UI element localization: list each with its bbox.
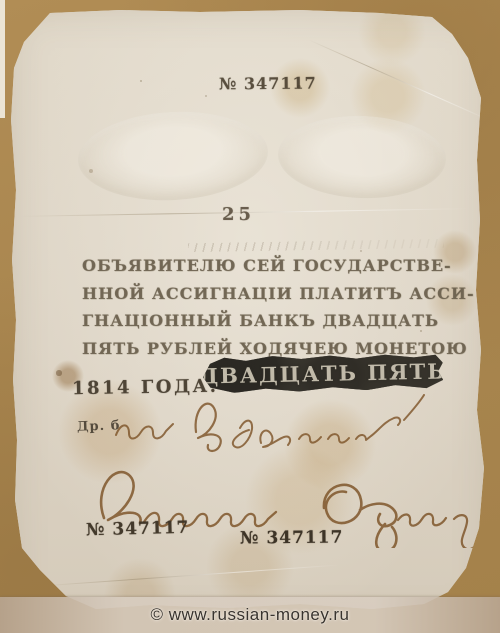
embossed-oval-left (76, 107, 270, 205)
obligation-text: ОБЪЯВИТЕЛЮ СЕЙ ГОСУДАРСТВЕ- ННОЙ АССИГНА… (82, 252, 432, 362)
cashier-signature (112, 388, 442, 458)
denomination-stamp-text: ДВАДЦАТЬ ПЯТЬ (199, 358, 447, 388)
photo-of-banknote: № 347117 25 ОБЪЯВИТЕЛЮ СЕЙ ГОСУДАРСТВЕ- … (0, 0, 500, 633)
obligation-text-line: ННОЙ АССИГНАЦІИ ПЛАТИТЪ АССИ- (82, 280, 432, 308)
photo-edge-highlight (0, 0, 5, 118)
paper-crease (40, 565, 339, 587)
watermark-band: © www.russian-money.ru (0, 597, 500, 633)
ornament-row (188, 239, 444, 252)
obligation-text-line: ГНАЦІОННЫЙ БАНКЪ ДВАДЦАТЬ (82, 307, 432, 335)
denomination-numeral: 25 (222, 204, 255, 225)
watermark-text: © www.russian-money.ru (151, 605, 350, 625)
signature-prefix: Др. б (77, 418, 121, 435)
serial-number-bottom-right: № 347117 (240, 528, 344, 549)
banknote-paper: № 347117 25 ОБЪЯВИТЕЛЮ СЕЙ ГОСУДАРСТВЕ- … (0, 0, 500, 633)
serial-number-top: № 347117 (219, 74, 317, 94)
year-text: 1814 ГОДА. (72, 376, 219, 400)
embossed-oval-right (277, 113, 448, 201)
paper-crease (308, 39, 491, 121)
obligation-text-line: ОБЪЯВИТЕЛЮ СЕЙ ГОСУДАРСТВЕ- (82, 252, 432, 280)
serial-number-bottom-left: № 347117 (86, 518, 190, 541)
